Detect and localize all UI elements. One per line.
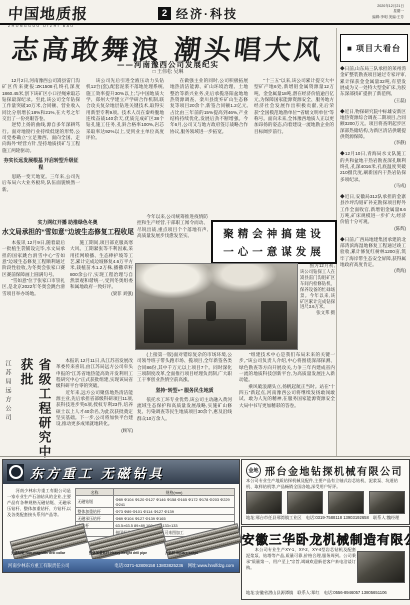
sampling-drill-thumbnail <box>369 491 405 514</box>
sanhua-machine-image <box>357 551 405 583</box>
ad-dongfang-contact: 电话:0371-62809158 13803825236 网址:www.hnsl… <box>114 563 234 569</box>
paragraph: 本报讯 12月9日,随着最后一批植生袋铺设完毕,水文局承担的国家跳台滑雪中心“雪… <box>2 240 65 297</box>
spec-name: 无磁钻铤 <box>76 496 114 508</box>
lead-byline: □ 王伟松 吴琳 <box>0 68 336 75</box>
editors-line: 编辑:李明 美编:王芳 <box>372 15 404 20</box>
paragraph: 12月2日,河南豫西公司嵩县雷门沟矿区传来捷报:ZK1508孔终孔深度1860.… <box>2 78 80 122</box>
dongfang-logo-icon <box>7 464 24 481</box>
left-article-col-2: 施工期间,项目部克服高寒大风、工期紧张等不利因素,采用挂网喷播、生态棒护坡等工艺… <box>70 240 133 352</box>
brief-text: ◆近日,安徽局312队承担的金寨县沙坪沟钼矿补充勘探项目野外工作全面收官,新增钼… <box>340 194 406 226</box>
left-article-credit: (梁菲 刘强) <box>70 291 133 297</box>
mud-pump-thumbnail <box>287 491 323 514</box>
article-photo <box>135 263 298 350</box>
paragraph: 今年以来,公司统筹推进疫情防控和生产经营,干部职工闻令而动、尽锐出战,重点项目个… <box>137 214 208 239</box>
slogan-line-2: 一心一意谋发展 <box>223 244 325 259</box>
paragraph: 该公司先后引进全液压动力头钻机12台(套),配套泥浆不落地处理系统,施工效率提升… <box>86 78 164 141</box>
left-article-kicker: 实力网红开播 助推绿色冬奥 <box>2 219 133 226</box>
left-article-headline: 水文局承担的“雪如意”边坡生态修复工程收尾 <box>2 226 133 236</box>
newspaper-page: 中国地质报 ZHONGGUO DIZHI BAO 2 经济·科技 2020年12… <box>0 0 410 605</box>
date-block: 2020年12月21日 星期一 编辑:李明 美编:王芳 <box>372 4 404 20</box>
masthead-logo-text: 中国地质报 <box>7 3 88 24</box>
photo-caption: 图为12月初,该公司钻探工人在嵩县雷门沟钼矿区车间内检修钻机、保养设备的忙碌场景… <box>300 263 335 310</box>
ad-jindi-contact: 地址:邢台市任县邢湾镇工业区 电话:0319-7588118 139031926… <box>246 515 405 521</box>
ad-dongfang[interactable]: 东方重工 无磁钻具 河南少林东方重工有限公司是一家专业生产石油钻具的企业,主要产… <box>2 459 240 573</box>
masthead-rule <box>0 23 410 25</box>
lead-col-3: 在做强主业的同时,公司积极拓展地热清洁能源、矿山环境治理、土地整治等新兴业务,先… <box>170 78 248 214</box>
spec-header-name: 名称 <box>76 489 114 496</box>
ad-jindi[interactable]: 金地 邢台金地钻探机械有限公司 本公司专业生产地质钻探机械及配件,主要产品有立轴… <box>241 459 410 525</box>
ad-jindi-desc: 本公司专业生产地质钻探机械及配件,主要产品有立轴式岩芯钻机、泥浆泵、坑道钻机、取… <box>246 478 405 489</box>
list-item: ◆近日,安徽局312队承担的金寨县沙坪沟钼矿补充勘探项目野外工作全面收官,新增钼… <box>340 194 406 232</box>
paragraph: 思路一变天地宽。三年来,公司先后布局六大业务板块,队伍面貌焕然一新。 <box>2 174 80 193</box>
brief-text: ◆近日,物探研究院中标雄安新区地热资源综合调查二期项目,合同额3200万元。项目… <box>340 109 406 141</box>
spec-values: Φ73 Φ89 Φ101 Φ114 Φ127 Φ139 <box>114 508 235 515</box>
paragraph: 近年来,远方公司聚焦地热清洁能源主业,先后承担省部级科研项目11项,获科技进步奖… <box>56 390 133 428</box>
slogan-box: 聚精会神搞建设 一心一意谋发展 <box>211 220 337 264</box>
ad-sanhua[interactable]: 安徽三华卧龙机械制造有限公司 本公司专业生产XY-1、XY-2、XY-4型岩芯钻… <box>241 526 410 600</box>
ad-jindi-products <box>246 491 405 514</box>
sidebar-title: ■ 项目大看台 <box>347 43 401 54</box>
ad-sanhua-title: 安徽三华卧龙机械制造有限公司 <box>242 530 409 548</box>
spec-values: Φ89 Φ104 Φ127 Φ139 Φ165 <box>114 515 235 522</box>
sidebar-briefs: ◆日前,山东局三队承担的莱州湾金矿整装勘查项目通过专家评审,累计探获金金属量32… <box>340 66 406 456</box>
section-header: 2 经济·科技 <box>158 5 238 22</box>
heavy-weight-pipe-label: 整体加重钻杆 Heavy weight drill pipe <box>89 551 153 555</box>
continuation-col-2: “组建技术中心是我们布局未来的关键一步。”该公司负责人介绍,中心将围绕深部探测、… <box>239 352 335 454</box>
lead-col-2: 该公司先后引进全液压动力头钻机12台(套),配套泥浆不落地处理系统,施工效率提升… <box>86 78 164 214</box>
ad-dongfang-banner: 东方重工 无磁钻具 <box>3 460 239 484</box>
paragraph: 施工期间,项目部克服高寒大风、工期紧张等不利因素,采用挂网喷播、生态棒护坡等工艺… <box>70 240 133 291</box>
paragraph: 乘风破浪潮头立,扬帆起航正当时。站在“十四五”新起点,河南豫西公司将继续发扬敢闯… <box>239 384 335 409</box>
paragraph: (上接第一版)面对错综复杂的市场环境,公司领导班子带头跑市场、揽项目,全年新签各… <box>137 352 232 384</box>
paragraph: 依托水工环专业优势,该公司主动融入黄河流域生态保护和高质量发展战略,实施矿山修复… <box>137 397 232 422</box>
ad-dongfang-title: 东方重工 无磁钻具 <box>30 463 165 482</box>
ad-jindi-title: 邢台金地钻探机械有限公司 <box>265 463 403 478</box>
paragraph: 本报讯 12月11日,从江苏省发展改革委传来喜讯,由江苏局远方公司牵头申报的“江… <box>56 358 133 390</box>
photo-caption-block: 图为12月初,该公司钻探工人在嵩县雷门沟钼矿区车间内检修钻机、保养设备的忙碌场景… <box>300 263 335 348</box>
spec-header-spec: 规格(mm) <box>114 489 235 496</box>
brief-credit: (王磊) <box>340 98 406 104</box>
brief-credit: (马成) <box>340 183 406 189</box>
photo-rig-silhouette <box>261 301 287 341</box>
spec-name: 整体加重钻杆 <box>76 508 114 515</box>
jindi-logo-icon: 金地 <box>246 463 261 478</box>
list-item: ◆日前,广西局地建集团承建的北部湾滨海湿地修复工程通过竣工验收,累计修复红树林1… <box>340 237 406 275</box>
brief-text: ◆日前,山东局三队承担的莱州湾金矿整装勘查项目通过专家评审,累计探获金金属量32… <box>340 66 406 98</box>
table-row: 无磁承压钻杆 Φ89 Φ104 Φ127 Φ139 Φ165 <box>76 515 235 522</box>
ad-sanhua-contact: 地址:安徽省潜山县源潭镇 联系人:郑红 电话:0556-8946057 1380… <box>246 590 405 596</box>
ad-sanhua-desc: 本公司专业生产XY-1、XY-2、XY-4型岩芯钻机及配套泥浆泵、钻塔等产品,质… <box>246 547 356 585</box>
photo-credit: 张文邦 摄 <box>300 310 335 316</box>
photo-worker-silhouette <box>206 301 216 321</box>
lead-mid-column: 今年以来,公司统筹推进疫情防控和生产经营,干部职工闻令而动、尽锐出战,重点项目个… <box>137 214 208 260</box>
drill-rig-thumbnail <box>246 491 282 514</box>
table-row: 整体加重钻杆 Φ73 Φ89 Φ101 Φ114 Φ127 Φ139 <box>76 508 235 515</box>
lead-subhead-2: 坚持“转型+” 服务民生地质 <box>137 387 232 394</box>
tunnel-drill-thumbnail <box>328 491 364 514</box>
lead-col-1: 12月2日,河南豫西公司嵩县雷门沟矿区传来捷报:ZK1508孔终孔深度1860.… <box>2 78 80 214</box>
brief-credit: (李静) <box>340 140 406 146</box>
paragraph: 逆势上扬的曲线,源自多年深耕笃行。面对地勘行业持续低迷的形势,公司党委确立“立足… <box>2 122 80 154</box>
brief-credit: (陈辉) <box>340 226 406 232</box>
drill-collar-label: 无磁钻铤 Non-magnetic drill collar <box>11 551 71 555</box>
list-item: ◆12月10日,青海局水文队施工的共和盆地干热岩勘查深孔顺利终孔,孔深4016米… <box>340 151 406 189</box>
slogan-line-1: 聚精会神搞建设 <box>223 226 325 241</box>
brief-credit: (黄海) <box>340 268 406 274</box>
photo-machine-silhouette <box>144 309 174 343</box>
section-title: 经济·科技 <box>176 5 238 22</box>
page-number: 2 <box>158 7 171 20</box>
paragraph: 在做强主业的同时,公司积极拓展地热清洁能源、矿山环境治理、土地整治等新兴业务,先… <box>170 78 248 135</box>
square-kelly-label: 方钻杆 Square kellys <box>165 551 225 555</box>
brief-text: ◆12月10日,青海局水文队施工的共和盆地干热岩勘查深孔顺利终孔,孔深4016米… <box>340 151 406 183</box>
ads-divider <box>0 456 410 457</box>
brief-text: ◆日前,广西局地建集团承建的北部湾滨海湿地修复工程通过竣工验收,累计修复红树林1… <box>340 237 406 269</box>
list-item: ◆近日,物探研究院中标雄安新区地热资源综合调查二期项目,合同额3200万元。项目… <box>340 109 406 147</box>
lead-subhead-1: 夯实长远发展根基 开启转型升级征程 <box>2 157 80 171</box>
ad-jindi-header: 金地 邢台金地钻探机械有限公司 <box>246 463 403 478</box>
province-article-credit: (顾军) <box>56 428 133 434</box>
lead-col-4: “十三五”以来,该公司累计提交大中型矿产地6处,新增钼金属资源量12万吨、金金属… <box>254 78 334 214</box>
left-article-col-1: 本报讯 12月9日,随着最后一批植生袋铺设完毕,水文局承担的国家跳台滑雪中心“雪… <box>2 240 65 352</box>
photo-workbench-silhouette <box>188 319 246 345</box>
continuation-col-1: (上接第一版)面对错综复杂的市场环境,公司领导班子带头跑市场、揽项目,全年新签各… <box>137 352 232 454</box>
table-row: 无磁钻铤 Φ89 Φ104 Φ120 Φ127 Φ146 Φ158 Φ165 Φ… <box>76 496 235 508</box>
spec-values: Φ89 Φ104 Φ120 Φ127 Φ146 Φ158 Φ165 Φ172 Φ… <box>114 496 235 508</box>
ad-dongfang-company: 河南少林东方重工有限责任公司 <box>8 563 69 569</box>
paragraph: “十三五”以来,该公司累计提交大中型矿产地6处,新增钼金属资源量12万吨、金金属… <box>254 78 334 135</box>
list-item: ◆日前,山东局三队承担的莱州湾金矿整装勘查项目通过专家评审,累计探获金金属量32… <box>340 66 406 104</box>
sidebar-title-box: ■ 项目大看台 <box>340 34 408 62</box>
ad-dongfang-footer: 河南少林东方重工有限责任公司 电话:0371-62809158 13803825… <box>3 559 239 572</box>
paragraph: “组建技术中心是我们布局未来的关键一步。”该公司负责人介绍,中心将围绕深部探测、… <box>239 352 335 384</box>
spec-name: 无磁承压钻杆 <box>76 515 114 522</box>
